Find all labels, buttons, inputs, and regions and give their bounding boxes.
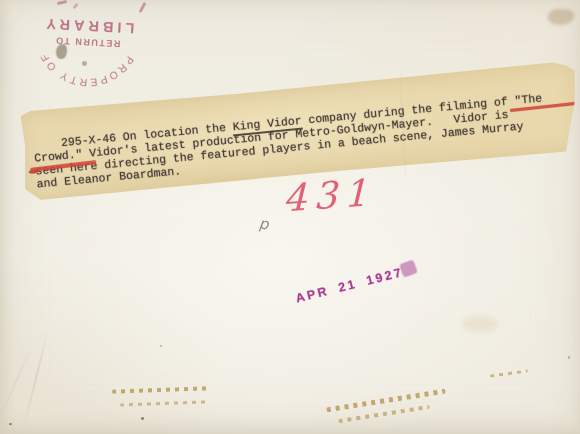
rust-streak xyxy=(120,401,206,407)
rust-streak xyxy=(338,405,429,423)
pencil-mark: p xyxy=(259,214,271,233)
date-stamp-text: APR 21 1927 xyxy=(294,265,405,305)
library-stamp: PROPERTY OF RETURN TO LIBRARY xyxy=(14,0,161,107)
dirt-speck xyxy=(160,345,162,347)
yellow-smudge-stain xyxy=(462,316,498,332)
date-stamp-ink-blob xyxy=(399,259,418,277)
photo-verso: PROPERTY OF RETURN TO LIBRARY 295-X-46 O… xyxy=(0,0,580,434)
paper-crease xyxy=(20,327,49,434)
stamp-return-to-text: RETURN TO xyxy=(54,35,120,48)
rust-streak xyxy=(326,389,445,413)
date-stamp: APR 21 1927 xyxy=(294,260,424,305)
dirt-speck xyxy=(141,417,144,420)
stamp-library-text: LIBRARY xyxy=(42,15,135,36)
handwritten-number: 431 xyxy=(285,171,379,221)
stamp-arc-text: PROPERTY OF xyxy=(36,49,136,91)
dirt-speck xyxy=(568,356,570,359)
rust-streak xyxy=(112,386,208,393)
rust-streak xyxy=(490,369,528,377)
paper-crease xyxy=(0,344,33,433)
dirt-speck xyxy=(9,423,12,425)
brown-smudge-stain xyxy=(548,9,574,25)
library-stamp-graphic: PROPERTY OF RETURN TO LIBRARY xyxy=(14,0,161,107)
